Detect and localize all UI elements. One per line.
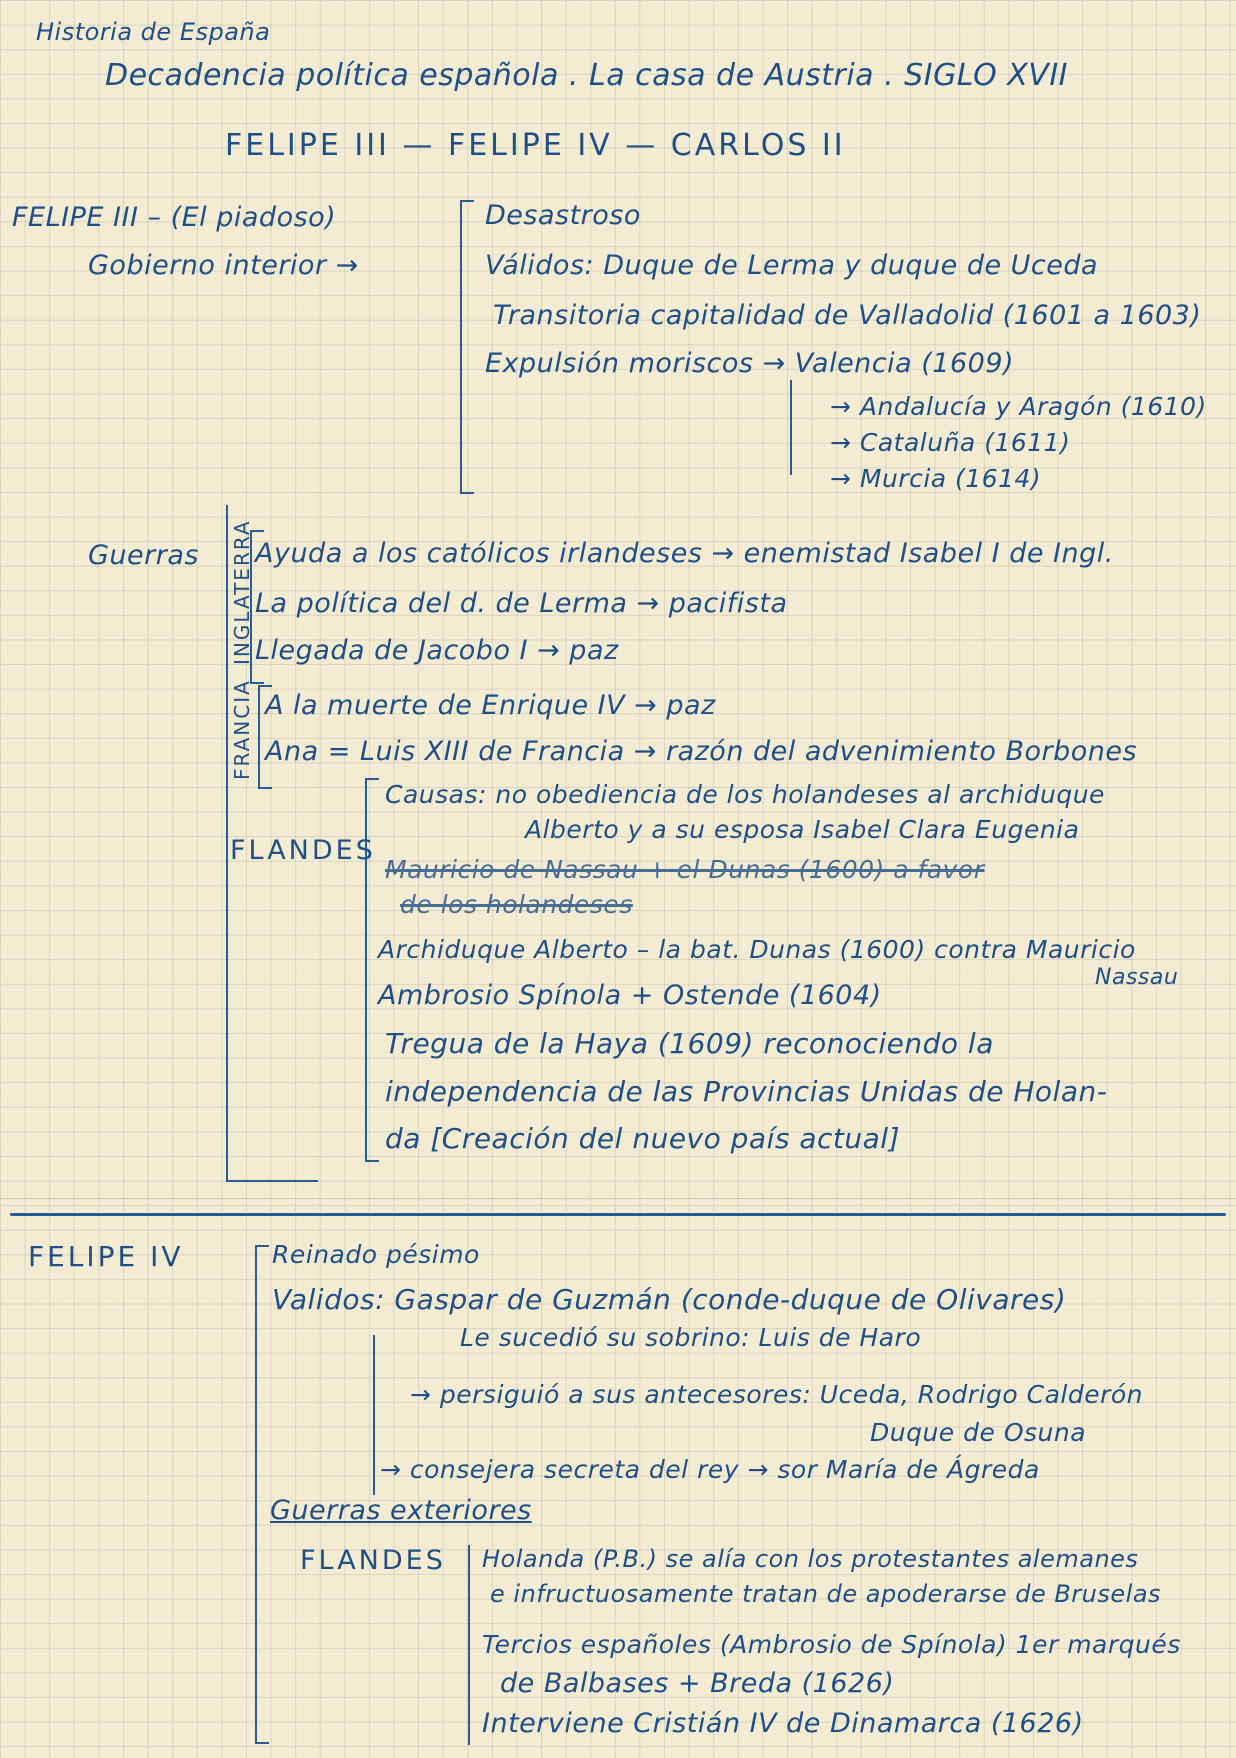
felipe4-item: Reinado pésimo — [272, 1240, 480, 1269]
guerras-brace — [226, 505, 228, 1180]
felipe4-heading: FELIPE IV — [28, 1240, 184, 1273]
inglaterra-item: La política del d. de Lerma → pacifista — [255, 588, 788, 619]
flandes-item: Ambrosio Spínola + Ostende (1604) — [378, 980, 882, 1011]
gobierno-item: Expulsión moriscos → Valencia (1609) — [485, 348, 1014, 379]
paper-fold — [0, 1198, 1236, 1199]
flandes-label: FLANDES — [230, 835, 376, 866]
moriscos-branch: → Murcia (1614) — [830, 464, 1041, 493]
flandes-item: Alberto y a su esposa Isabel Clara Eugen… — [525, 815, 1079, 844]
flandes-crossed-item: de los holandeses — [400, 890, 633, 919]
flandes-brace — [365, 778, 379, 1162]
gobierno-brace — [460, 200, 474, 494]
gobierno-item: Desastroso — [485, 200, 641, 231]
felipe4-item: Validos: Gaspar de Guzmán (conde-duque d… — [272, 1283, 1066, 1316]
felipe4-item: → persiguió a sus antecesores: Uceda, Ro… — [410, 1380, 1143, 1409]
flandes4-item: Tercios españoles (Ambrosio de Spínola) … — [482, 1630, 1181, 1659]
moriscos-branch: → Andalucía y Aragón (1610) — [830, 392, 1207, 421]
francia-label: FRANCIA — [230, 679, 254, 780]
inglaterra-item: Ayuda a los católicos irlandeses → enemi… — [255, 538, 1114, 569]
subject-title: Historia de España — [36, 18, 270, 46]
inglaterra-item: Llegada de Jacobo I → paz — [255, 635, 619, 666]
francia-item: A la muerte de Enrique IV → paz — [265, 690, 716, 721]
gobierno-item: Válidos: Duque de Lerma y duque de Uceda — [485, 250, 1098, 281]
felipe4-item: Duque de Osuna — [870, 1418, 1086, 1447]
flandes4-brace — [468, 1545, 470, 1745]
kings-line: FELIPE III — FELIPE IV — CARLOS II — [225, 128, 846, 163]
flandes-item: Nassau — [1095, 965, 1178, 990]
flandes-item: Tregua de la Haya (1609) reconociendo la — [385, 1027, 994, 1060]
moriscos-branch: → Cataluña (1611) — [830, 428, 1070, 457]
validos-branch-line — [373, 1335, 375, 1495]
flandes-crossed-item: Mauricio de Nassau + el Dunas (1600) a f… — [385, 855, 985, 884]
flandes4-item: Interviene Cristián IV de Dinamarca (162… — [482, 1708, 1084, 1739]
felipe4-item: Le sucedió su sobrino: Luis de Haro — [460, 1323, 921, 1352]
flandes-item: Causas: no obediencia de los holandeses … — [385, 780, 1105, 809]
flandes4-item: de Balbases + Breda (1626) — [500, 1668, 894, 1699]
guerras-exteriores-label: Guerras exteriores — [270, 1495, 532, 1526]
gobierno-item: Transitoria capitalidad de Valladolid (1… — [493, 300, 1201, 331]
flandes-item: da [Creación del nuevo país actual] — [385, 1122, 900, 1155]
felipe4-item: → consejera secreta del rey → sor María … — [380, 1455, 1040, 1484]
page-title: Decadencia política española . La casa d… — [105, 58, 1068, 93]
flandes4-label: FLANDES — [300, 1545, 446, 1576]
section-divider — [10, 1213, 1226, 1216]
gobierno-label: Gobierno interior → — [88, 250, 359, 281]
flandes-item: Archiduque Alberto – la bat. Dunas (1600… — [378, 935, 1136, 964]
felipe4-brace — [255, 1245, 269, 1744]
guerras-brace-foot — [226, 1180, 318, 1182]
branch-line — [790, 380, 792, 475]
flandes4-item: e infructuosamente tratan de apoderarse … — [490, 1580, 1161, 1608]
guerras-label: Guerras — [88, 540, 199, 571]
francia-item: Ana = Luis XIII de Francia → razón del a… — [265, 736, 1137, 767]
flandes-item: independencia de las Provincias Unidas d… — [385, 1075, 1107, 1108]
flandes4-item: Holanda (P.B.) se alía con los protestan… — [482, 1545, 1138, 1573]
felipe3-heading: FELIPE III – (El piadoso) — [12, 202, 336, 233]
